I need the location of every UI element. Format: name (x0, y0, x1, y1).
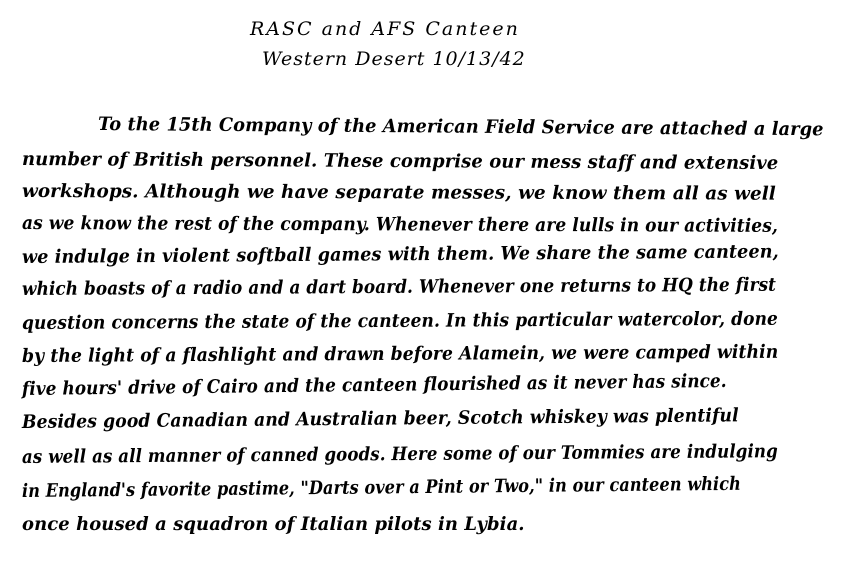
heading-title: RASC and AFS Canteen (250, 18, 520, 40)
heading-place-date: Western Desert 10/13/42 (262, 48, 526, 70)
body-line-12: in England's favorite pastime, "Darts ov… (22, 474, 741, 502)
body-line-10: Besides good Canadian and Australian bee… (22, 405, 739, 433)
body-line-7: question concerns the state of the cante… (22, 309, 778, 334)
body-line-6: which boasts of a radio and a dart board… (22, 275, 776, 300)
body-line-3: workshops. Although we have separate mes… (22, 181, 776, 205)
body-line-5: we indulge in violent softball games wit… (22, 241, 779, 268)
body-line-1: To the 15th Company of the American Fiel… (98, 114, 824, 140)
body-line-11: as well as all manner of canned goods. H… (22, 441, 778, 468)
body-line-2: number of British personnel. These compr… (22, 149, 778, 174)
body-line-4: as we know the rest of the company. When… (22, 213, 778, 237)
body-line-8: by the light of a flashlight and drawn b… (22, 342, 778, 367)
body-line-13: once housed a squadron of Italian pilots… (22, 514, 525, 535)
body-line-9: five hours' drive of Cairo and the cante… (22, 371, 727, 400)
handwritten-letter-page: RASC and AFS Canteen Western Desert 10/1… (0, 0, 864, 566)
